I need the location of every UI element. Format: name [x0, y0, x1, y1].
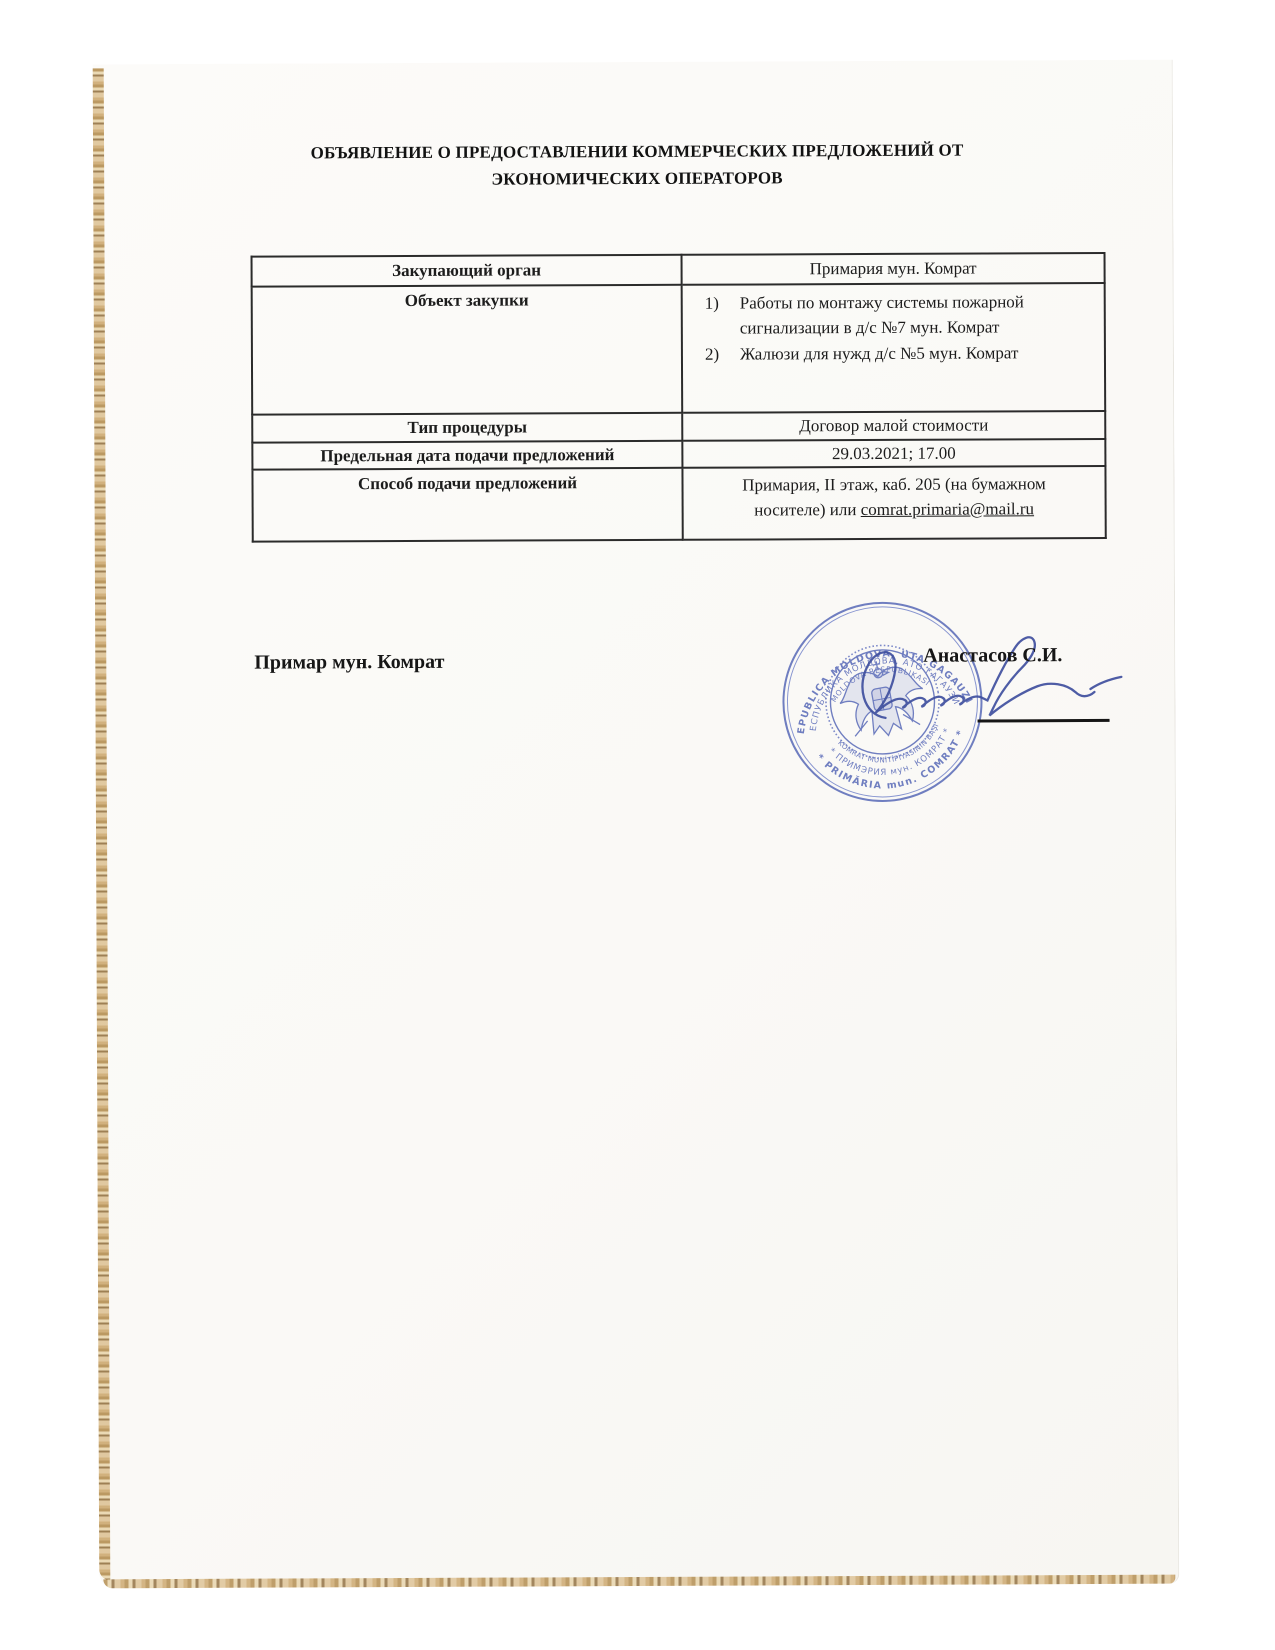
row-value: 29.03.2021; 17.00 [682, 439, 1105, 468]
signature-underline [978, 719, 1110, 723]
email-address: comrat.primaria@mail.ru [861, 499, 1034, 519]
table-row-submission-method: Способ подачи предложений Примария, II э… [252, 466, 1105, 542]
table-row-deadline: Предельная дата подачи предложений 29.03… [252, 439, 1105, 470]
row-value-list: 1) Работы по монтажу системы пожарной си… [682, 283, 1106, 413]
list-item-number: 1) [705, 291, 719, 316]
row-label: Способ подачи предложений [252, 468, 682, 542]
title-line-2: ЭКОНОМИЧЕСКИХ ОПЕРАТОРОВ [491, 168, 782, 188]
scanned-document: ОБЪЯВЛЕНИЕ О ПРЕДОСТАВЛЕНИИ КОММЕРЧЕСКИХ… [0, 0, 1275, 1650]
submission-method-text: Примария, II этаж, каб. 205 (на бумажном… [714, 471, 1074, 523]
row-label: Тип процедуры [252, 413, 682, 443]
title-line-1: ОБЪЯВЛЕНИЕ О ПРЕДОСТАВЛЕНИИ КОММЕРЧЕСКИХ… [311, 141, 964, 163]
row-value: Договор малой стоимости [682, 411, 1105, 441]
signer-name-text: Анастасов С.И. [923, 644, 1062, 668]
row-label: Закупающий орган [252, 255, 682, 287]
page-edge-texture-bottom [103, 1575, 1175, 1589]
list-item-text: Жалюзи для нужд д/с №5 мун. Комрат [740, 343, 1019, 363]
list-item-text: Работы по монтажу системы пожарной сигна… [740, 292, 1024, 337]
procurement-table: Закупающий орган Примария мун. Комрат Об… [251, 252, 1107, 543]
paper-sheet: ОБЪЯВЛЕНИЕ О ПРЕДОСТАВЛЕНИИ КОММЕРЧЕСКИХ… [93, 60, 1180, 1589]
row-label: Объект закупки [252, 285, 683, 415]
page-edge-texture-left [93, 68, 111, 1580]
list-item: 2) Жалюзи для нужд д/с №5 мун. Комрат [683, 340, 1092, 367]
list-item-number: 2) [705, 342, 719, 367]
table-row-procedure-type: Тип процедуры Договор малой стоимости [252, 411, 1105, 443]
row-value: Примария, II этаж, каб. 205 (на бумажном… [682, 466, 1105, 540]
row-value: Примария мун. Комрат [682, 253, 1105, 285]
table-row-purchasing-authority: Закупающий орган Примария мун. Комрат [252, 253, 1105, 287]
document-title: ОБЪЯВЛЕНИЕ О ПРЕДОСТАВЛЕНИИ КОММЕРЧЕСКИХ… [137, 136, 1137, 194]
row-label: Предельная дата подачи предложений [252, 441, 682, 470]
table-row-procurement-object: Объект закупки 1) Работы по монтажу сист… [252, 283, 1106, 415]
list-item: 1) Работы по монтажу системы пожарной си… [683, 289, 1092, 341]
mayor-title-text: Примар мун. Комрат [254, 651, 444, 675]
